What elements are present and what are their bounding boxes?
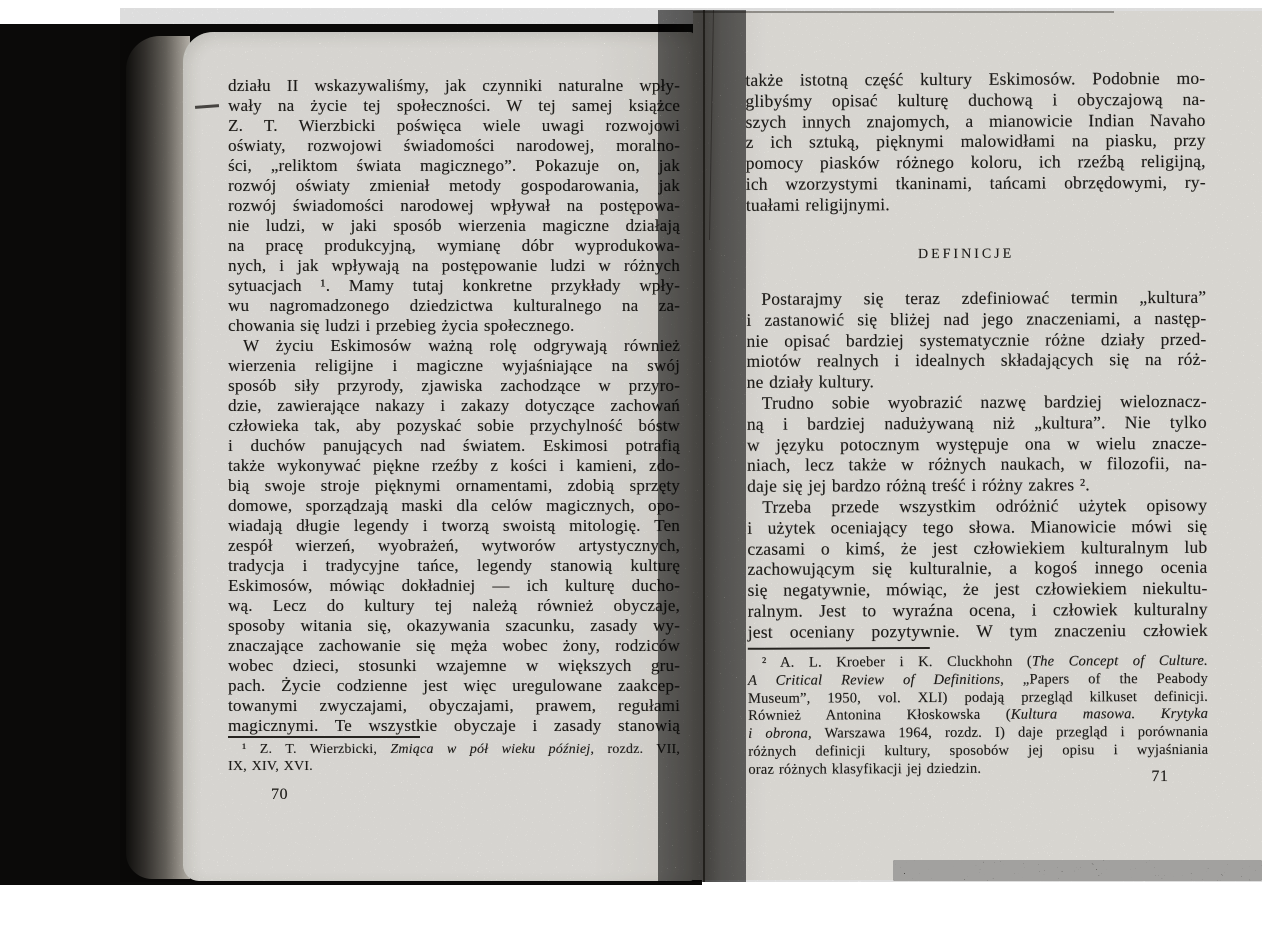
right-page-number: 71	[1151, 768, 1168, 786]
text-line: sytuacjach ¹. Mamy tutaj konkretne przyk…	[228, 276, 680, 296]
text-line: nie ludzi, w jaki sposób wierzenia magic…	[228, 216, 680, 236]
text-line: sposoby witania się, okazywania szacunku…	[228, 616, 680, 636]
text-line: tradycja i tradycyjne tańce, legendy sta…	[228, 556, 680, 576]
text-line: z ich sztuką, pięknymi malowidłami na pi…	[746, 130, 1206, 153]
right-page-footnote: ² A. L. Kroeber i K. Cluckhohn (The Conc…	[748, 653, 1209, 780]
text-line: wobec dzieci, stosunki wzajemne w większ…	[228, 656, 680, 676]
text-line: się negatywnie, mówiąc, że jest człowiek…	[747, 578, 1207, 601]
text-line: domowe, sporządzają maski dla celów magi…	[228, 496, 680, 516]
text-line: ści, „reliktom świata magicznego”. Pokaz…	[228, 156, 680, 176]
text-line: nych, i jak wpływają na postępowanie lud…	[228, 256, 680, 276]
scan-artifact-dash	[195, 104, 219, 108]
text-line: IX, XIV, XVI.	[228, 759, 680, 776]
text-line: bią swoje stroje pięknymi ornamentami, z…	[228, 476, 680, 496]
right-page: także istotną część kultury Eskimosów. P…	[693, 11, 1262, 880]
text-line: w języku potocznym występuje ona w wielu…	[747, 432, 1207, 455]
scanned-book-spread: { "colors": { "cover_black": "#0b0a09", …	[0, 0, 1262, 939]
text-line: i zastanowić się bliżej nad jego znaczen…	[746, 308, 1206, 331]
text-line: różnych definicji kultury, sposobów jej …	[748, 742, 1208, 762]
text-line: ną i bardziej nadużywaną niż „kultura”. …	[747, 412, 1207, 435]
left-page-footnote: ¹ Z. T. Wierzbicki, Zmiąca w pół wieku p…	[228, 742, 680, 775]
text-line: zachowującym się kulturalnie, a kogoś in…	[747, 557, 1207, 580]
text-line: chowania się ludzi i przebieg życia społ…	[228, 316, 680, 336]
left-footnote-rule	[228, 736, 420, 738]
text-line: Eskimosów, mówiąc dokładniej — ich kultu…	[228, 576, 680, 596]
text-line: człowieka tak, aby pozyskać sobie przych…	[228, 416, 680, 436]
text-line: szych innych znajomych, a mianowicie Ind…	[745, 109, 1205, 132]
text-line: ¹ Z. T. Wierzbicki, Zmiąca w pół wieku p…	[228, 742, 680, 759]
text-line: i użytek oceniający tego słowa. Mianowic…	[747, 516, 1207, 539]
text-line: Postarajmy się teraz zdefiniować termin …	[746, 287, 1206, 310]
text-line: Trzeba przede wszystkim odróżnić użytek …	[747, 495, 1207, 518]
text-line: miotów realnych i idealnych składających…	[746, 349, 1206, 372]
text-line: wu nagromadzonego dziedzictwa kulturalne…	[228, 296, 680, 316]
text-line: czasami o kimś, że jest człowiekiem kult…	[747, 536, 1207, 559]
text-line: magicznymi. Te wszystkie obyczaje i zasa…	[228, 716, 680, 736]
text-line: ich wzorzystymi tkaninami, tańcami obrzę…	[746, 172, 1206, 195]
left-page-body-text: działu II wskazywaliśmy, jak czynniki na…	[228, 76, 680, 736]
left-page-number: 70	[271, 786, 288, 804]
text-line: wierzenia religijne i magiczne wyjaśniaj…	[228, 356, 680, 376]
text-line: Trudno sobie wyobrazić nazwę bardziej wi…	[747, 391, 1207, 414]
text-line: wały na życie tej społeczności. W tej sa…	[228, 96, 680, 116]
text-line: niach, lecz także w różnych naukach, w f…	[747, 453, 1207, 476]
text-line: na pracę produkcyjną, wymianę dóbr wypro…	[228, 236, 680, 256]
text-line: oraz różnych klasyfikacji jej dziedzin.	[748, 760, 1208, 780]
text-line: znaczające zachowanie się męża wobec żon…	[228, 636, 680, 656]
right-page-top-edge	[693, 11, 1114, 13]
text-line: ralnym. Jest to wyraźna ocena, i człowie…	[748, 599, 1208, 622]
text-line: sposób siły przyrody, zjawiska zachodząc…	[228, 376, 680, 396]
text-line: pach. Życie codzienne jest więc uregulow…	[228, 676, 680, 696]
text-line: Museum”, 1950, vol. XLI) podają przegląd…	[748, 688, 1208, 708]
text-line: dzie, zawierające nakazy i zakazy dotycz…	[228, 396, 680, 416]
right-page-body-text: Postarajmy się teraz zdefiniować termin …	[746, 287, 1208, 643]
text-line: A Critical Review of Definitions, „Paper…	[748, 671, 1208, 691]
text-line: glibyśmy opisać kulturę duchową i obycza…	[745, 89, 1205, 112]
text-line: także wykonywać piękne rzeźby z kości i …	[228, 456, 680, 476]
text-line: ² A. L. Kroeber i K. Cluckhohn (The Conc…	[748, 653, 1208, 673]
text-line: Również Antonina Kłoskowska (Kultura mas…	[748, 706, 1208, 726]
text-line: Z. T. Wierzbicki poświęca wiele uwagi ro…	[228, 116, 680, 136]
text-line: zespół wierzeń, wyobrażeń, wytworów arty…	[228, 536, 680, 556]
text-line: W życiu Eskimosów ważną rolę odgrywają r…	[228, 336, 680, 356]
text-line: i duchów panujących nad światem. Eskimos…	[228, 436, 680, 456]
text-line: wą. Lecz do kultury tej należą również o…	[228, 596, 680, 616]
text-line: towanymi zwyczajami, obyczajami, prawem,…	[228, 696, 680, 716]
text-line: daje się jej bardzo różną treść i różny …	[747, 474, 1207, 497]
text-line: pomocy piasków różnego koloru, ich rzeźb…	[746, 151, 1206, 174]
right-footnote-rule	[748, 647, 930, 650]
text-line: wiadają długie legendy i tworzą swoistą …	[228, 516, 680, 536]
text-line: działu II wskazywaliśmy, jak czynniki na…	[228, 76, 680, 96]
text-line: rozwój świadomości narodowej wpływał na …	[228, 196, 680, 216]
text-line: jest oceniany pozytywnie. W tym znaczeni…	[748, 620, 1208, 643]
text-line: nie opisać bardziej systematycznie różne…	[746, 328, 1206, 351]
section-heading: DEFINICJE	[736, 246, 1196, 264]
right-page-intro-text: także istotną część kultury Eskimosów. P…	[745, 68, 1206, 216]
text-line: także istotną część kultury Eskimosów. P…	[745, 68, 1205, 91]
book-edge-bottom-band	[893, 860, 1262, 881]
text-line: oświaty, rozwojowi świadomości narodowej…	[228, 136, 680, 156]
text-line: i obrona, Warszawa 1964, rozdz. I) daje …	[748, 724, 1208, 744]
text-line: rozwój oświaty zmieniał metody gospodaro…	[228, 176, 680, 196]
text-line: ne działy kultury.	[747, 370, 1207, 393]
bottom-band-texture	[893, 860, 1262, 881]
text-line: tuałami religijnymi.	[746, 193, 1206, 216]
left-page: działu II wskazywaliśmy, jak czynniki na…	[183, 32, 694, 881]
page-edge-stack	[126, 36, 190, 879]
